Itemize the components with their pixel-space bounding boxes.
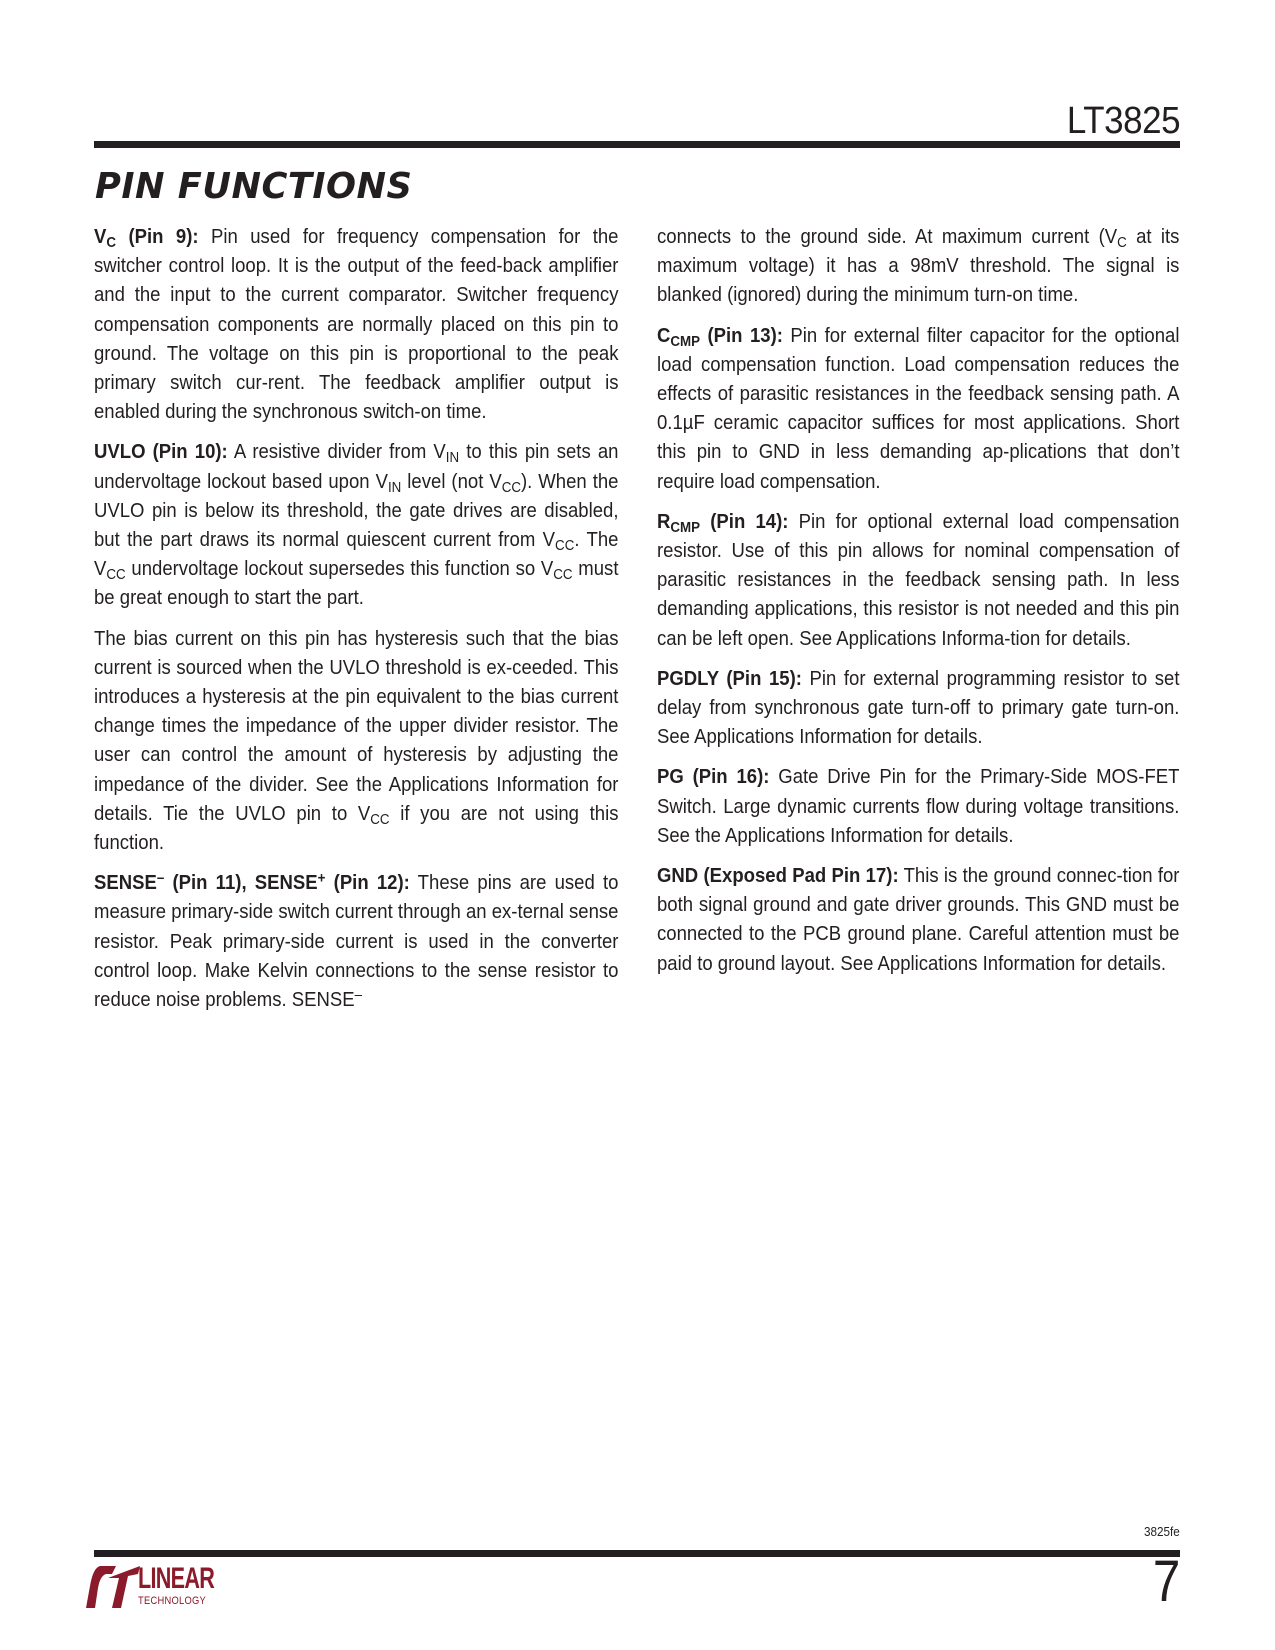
left-column: VC (Pin 9): Pin used for frequency compe… bbox=[94, 222, 619, 1025]
section-title: PIN FUNCTIONS bbox=[95, 166, 412, 207]
pin-pg-description: PG (Pin 16): Gate Drive Pin for the Prim… bbox=[657, 762, 1179, 850]
linear-technology-logo: LINEAR TECHNOLOGY bbox=[86, 1562, 266, 1614]
pin-vc-description: VC (Pin 9): Pin used for frequency compe… bbox=[94, 222, 618, 426]
page-number: 7 bbox=[1153, 1552, 1180, 1612]
pin-label: CCMP (Pin 13): bbox=[657, 324, 783, 347]
logo-wordmark: LINEAR bbox=[138, 1562, 214, 1596]
pin-label: PGDLY (Pin 15): bbox=[657, 667, 802, 690]
pin-uvlo-description: UVLO (Pin 10): A resistive divider from … bbox=[94, 437, 618, 612]
pin-gnd-description: GND (Exposed Pad Pin 17): This is the gr… bbox=[657, 861, 1179, 978]
pin-ccmp-description: CCMP (Pin 13): Pin for external filter c… bbox=[657, 321, 1179, 496]
pin-sense-description: SENSE– (Pin 11), SENSE+ (Pin 12): These … bbox=[94, 868, 618, 1014]
pin-rcmp-description: RCMP (Pin 14): Pin for optional external… bbox=[657, 507, 1179, 653]
logo-subtext: TECHNOLOGY bbox=[138, 1595, 206, 1607]
pin-label: UVLO (Pin 10): bbox=[94, 440, 228, 463]
pin-pgdly-description: PGDLY (Pin 15): Pin for external program… bbox=[657, 664, 1179, 752]
pin-label: VC (Pin 9): bbox=[94, 225, 199, 248]
pin-label: RCMP (Pin 14): bbox=[657, 510, 788, 533]
part-number-header: LT3825 bbox=[1067, 100, 1180, 143]
uvlo-hysteresis-description: The bias current on this pin has hystere… bbox=[94, 624, 618, 858]
document-code: 3825fe bbox=[1144, 1524, 1180, 1539]
right-column: connects to the ground side. At maximum … bbox=[657, 222, 1180, 989]
pin-label: PG (Pin 16): bbox=[657, 765, 769, 788]
pin-label: GND (Exposed Pad Pin 17): bbox=[657, 864, 899, 887]
pin-sense-continued: connects to the ground side. At maximum … bbox=[657, 222, 1179, 310]
lt-logo-icon bbox=[86, 1564, 142, 1614]
top-rule-divider bbox=[94, 141, 1180, 148]
bottom-rule-divider bbox=[94, 1550, 1180, 1557]
pin-label: SENSE– (Pin 11), SENSE+ (Pin 12): bbox=[94, 871, 410, 894]
